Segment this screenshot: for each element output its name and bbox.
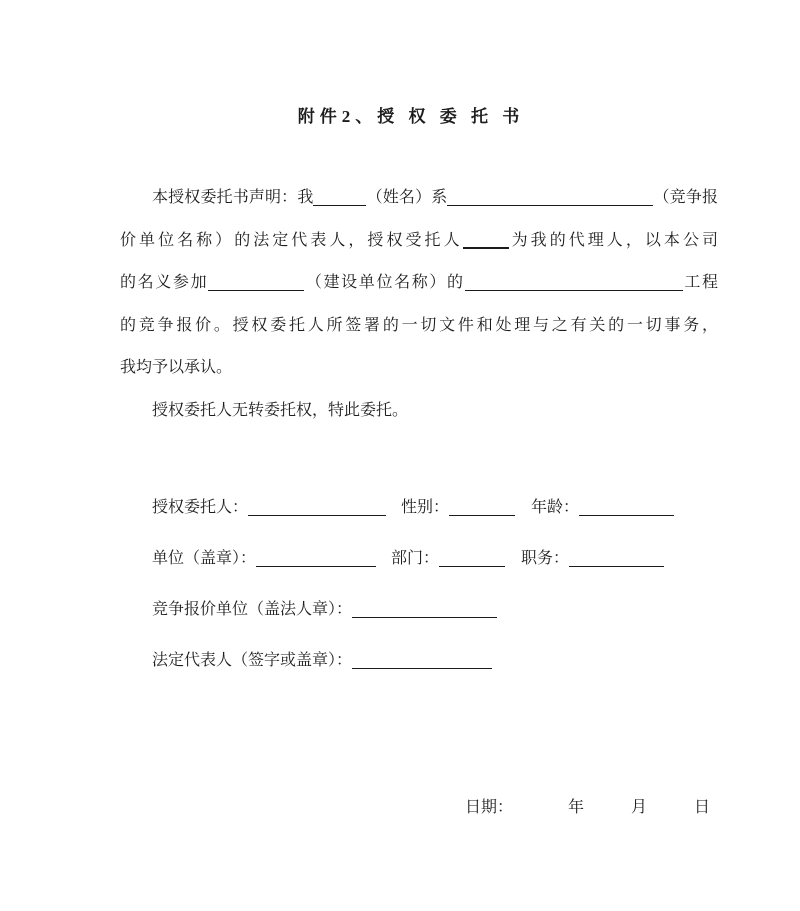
principal-blank[interactable] xyxy=(248,497,386,516)
bidder-unit-label: 竞争报价单位（盖法人章）： xyxy=(152,601,352,618)
form-row-legal-rep: 法定代表人（签字或盖章）： xyxy=(152,635,674,686)
unit-seal-label: 单位（盖章）： xyxy=(152,550,256,567)
agent-name-blank[interactable] xyxy=(463,229,509,249)
position-label: 职务： xyxy=(521,550,569,567)
project-name-blank[interactable] xyxy=(465,272,683,291)
body-line-1-text-1: 本授权委托书声明：我 xyxy=(152,189,313,206)
body-line-1-text-2: （姓名）系 xyxy=(366,189,447,206)
age-blank[interactable] xyxy=(579,497,674,516)
department-blank[interactable] xyxy=(439,548,505,567)
date-label: 日期： xyxy=(465,799,513,816)
form-row-principal: 授权委托人：性别：年龄： xyxy=(152,482,674,533)
month-label: 月 xyxy=(631,799,647,816)
body-line-3-text-2: （建设单位名称）的 xyxy=(304,274,464,291)
body-line-4: 的竞争报价。授权委托人所签署的一切文件和处理与之有关的一切事务， xyxy=(120,305,718,348)
body-line-5: 我均予以承认。 xyxy=(120,347,718,390)
body-line-3: 的名义参加（建设单位名称）的工程 xyxy=(120,262,718,305)
body-line-3-text-1: 的名义参加 xyxy=(120,274,208,291)
body-text: 本授权委托书声明：我（姓名）系（竞争报 价单位名称）的法定代表人，授权受托人为我… xyxy=(120,177,718,432)
day-label: 日 xyxy=(694,799,710,816)
body-line-3-text-3: 工程 xyxy=(683,274,718,291)
position-blank[interactable] xyxy=(569,548,664,567)
gender-label: 性别： xyxy=(401,499,449,516)
body-paragraph-2: 授权委托人无转委托权，特此委托。 xyxy=(120,390,718,433)
body-line-1-text-3: （竞争报 xyxy=(653,189,718,206)
body-line-2-text-2: 为我的代理人，以本公司 xyxy=(509,232,718,249)
document-title: 附件2、授 权 委 托 书 xyxy=(0,102,800,127)
gender-blank[interactable] xyxy=(449,497,515,516)
body-line-1: 本授权委托书声明：我（姓名）系（竞争报 xyxy=(120,177,718,220)
name-blank[interactable] xyxy=(313,187,366,206)
form-row-unit: 单位（盖章）：部门：职务： xyxy=(152,533,674,584)
year-label: 年 xyxy=(568,799,584,816)
legal-rep-blank[interactable] xyxy=(352,650,492,669)
body-line-2: 价单位名称）的法定代表人，授权受托人为我的代理人，以本公司 xyxy=(120,220,718,263)
bidder-company-blank[interactable] xyxy=(447,187,653,206)
form-fields: 授权委托人：性别：年龄： 单位（盖章）：部门：职务： 竞争报价单位（盖法人章）：… xyxy=(152,482,674,686)
document-page: 附件2、授 权 委 托 书 本授权委托书声明：我（姓名）系（竞争报 价单位名称）… xyxy=(0,0,800,911)
form-row-bidder-unit: 竞争报价单位（盖法人章）： xyxy=(152,584,674,635)
body-line-2-text-1: 价单位名称）的法定代表人，授权受托人 xyxy=(120,232,463,249)
date-line: 日期：年月日 xyxy=(465,792,710,824)
age-label: 年龄： xyxy=(531,499,579,516)
unit-seal-blank[interactable] xyxy=(256,548,376,567)
principal-label: 授权委托人： xyxy=(152,499,248,516)
owner-name-blank[interactable] xyxy=(208,272,304,291)
legal-rep-label: 法定代表人（签字或盖章）： xyxy=(152,652,352,669)
bidder-unit-blank[interactable] xyxy=(352,599,497,618)
department-label: 部门： xyxy=(391,550,439,567)
